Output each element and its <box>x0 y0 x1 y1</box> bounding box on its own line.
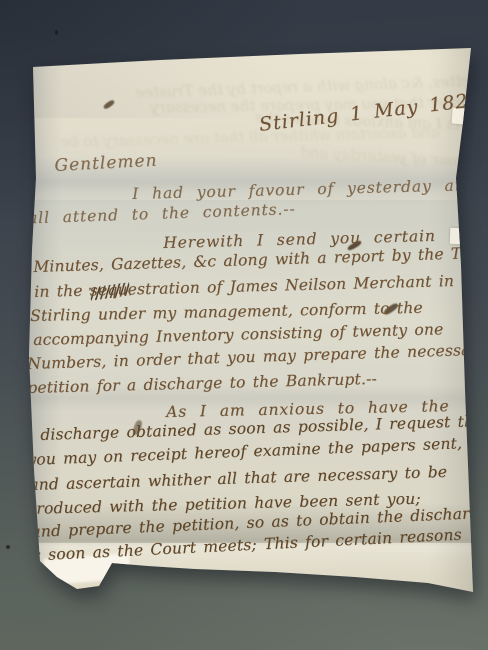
letter-line: in the sequestration of James Neilson Me… <box>34 272 454 301</box>
photo-of-letter: Minutes, Gazettes, &c along with a repor… <box>0 0 488 650</box>
letter-line: and ascertain whither all that are neces… <box>29 463 447 494</box>
ink-smudge <box>103 99 116 110</box>
tape-fragment <box>450 228 463 244</box>
letter-line: I had your favour of yesterday and <box>132 176 477 203</box>
letter-line: Stirling under my management, conform to… <box>30 299 423 325</box>
ink-bleedthrough: I had your favour of yesterday and <box>300 143 488 175</box>
letter-paper: Minutes, Gazettes, &c along with a repor… <box>0 0 488 650</box>
letter-line: petition for a discharge to the Bankrupt… <box>27 370 377 397</box>
letter-paper-wrap: Minutes, Gazettes, &c along with a repor… <box>0 0 488 650</box>
letter-salutation: Gentlemen <box>54 151 158 176</box>
letter-line: shall attend to the contents.-- <box>8 200 296 228</box>
